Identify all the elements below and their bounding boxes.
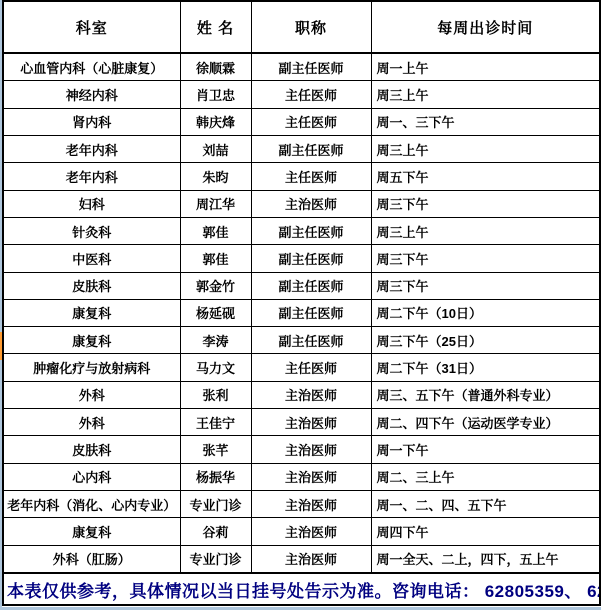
time-cell: 周二、四下午（运动医学专业） — [371, 409, 600, 436]
name-cell: 马力文 — [180, 354, 251, 381]
department-cell: 外科（肛肠） — [3, 545, 180, 573]
time-cell: 周三、五下午（普通外科专业） — [371, 381, 600, 408]
table-row: 心血管内科（心脏康复）徐顺霖副主任医师周一上午 — [3, 53, 600, 81]
name-cell: 徐顺霖 — [180, 53, 251, 81]
col-header-time: 每周出诊时间 — [371, 1, 600, 53]
name-cell: 谷莉 — [180, 518, 251, 545]
time-cell: 周三下午 — [371, 272, 600, 299]
table-row: 老年内科刘喆副主任医师周三上午 — [3, 135, 600, 162]
table-row: 康复科谷莉主治医师周四下午 — [3, 518, 600, 545]
name-cell: 张芊 — [180, 436, 251, 463]
department-cell: 肾内科 — [3, 108, 180, 135]
row-highlight-marker — [0, 332, 2, 360]
name-cell: 专业门诊 — [180, 491, 251, 518]
department-cell: 针灸科 — [3, 217, 180, 244]
name-cell: 肖卫忠 — [180, 81, 251, 108]
department-cell: 皮肤科 — [3, 436, 180, 463]
col-header-title: 职称 — [251, 1, 371, 53]
title-cell: 主任医师 — [251, 108, 371, 135]
table-row: 针灸科郭佳副主任医师周三上午 — [3, 217, 600, 244]
title-cell: 主治医师 — [251, 463, 371, 490]
schedule-table: 科室 姓 名 职称 每周出诊时间 心血管内科（心脏康复）徐顺霖副主任医师周一上午… — [2, 0, 601, 606]
table-row: 皮肤科郭金竹副主任医师周三下午 — [3, 272, 600, 299]
time-cell: 周三下午（25日） — [371, 327, 600, 354]
table-row: 康复科李涛副主任医师周三下午（25日） — [3, 327, 600, 354]
title-cell: 主治医师 — [251, 436, 371, 463]
title-cell: 主任医师 — [251, 163, 371, 190]
title-cell: 主治医师 — [251, 518, 371, 545]
department-cell: 康复科 — [3, 327, 180, 354]
name-cell: 杨延砚 — [180, 299, 251, 326]
title-cell: 主治医师 — [251, 190, 371, 217]
title-cell: 主治医师 — [251, 409, 371, 436]
title-cell: 主治医师 — [251, 491, 371, 518]
department-cell: 外科 — [3, 381, 180, 408]
time-cell: 周五下午 — [371, 163, 600, 190]
table-row: 肾内科韩庆烽主任医师周一、三下午 — [3, 108, 600, 135]
title-cell: 主治医师 — [251, 381, 371, 408]
title-cell: 副主任医师 — [251, 327, 371, 354]
time-cell: 周四下午 — [371, 518, 600, 545]
department-cell: 心内科 — [3, 463, 180, 490]
left-edge-strip — [0, 0, 2, 610]
col-header-department: 科室 — [3, 1, 180, 53]
name-cell: 郭金竹 — [180, 272, 251, 299]
col-header-name: 姓 名 — [180, 1, 251, 53]
time-cell: 周三下午 — [371, 190, 600, 217]
time-cell: 周一、三下午 — [371, 108, 600, 135]
title-cell: 主任医师 — [251, 81, 371, 108]
department-cell: 心血管内科（心脏康复） — [3, 53, 180, 81]
name-cell: 朱昀 — [180, 163, 251, 190]
table-row: 妇科周江华主治医师周三下午 — [3, 190, 600, 217]
title-cell: 主治医师 — [251, 545, 371, 573]
title-cell: 副主任医师 — [251, 272, 371, 299]
table-row: 老年内科朱昀主任医师周五下午 — [3, 163, 600, 190]
department-cell: 肿瘤化疗与放射病科 — [3, 354, 180, 381]
time-cell: 周二下午（31日） — [371, 354, 600, 381]
footer-note: 本表仅供参考，具体情况以当日挂号处告示为准。咨询电话： 62805359、 62… — [3, 573, 600, 605]
time-cell: 周一、二、四、五下午 — [371, 491, 600, 518]
header-row: 科室 姓 名 职称 每周出诊时间 — [3, 1, 600, 53]
time-cell: 周三上午 — [371, 217, 600, 244]
department-cell: 妇科 — [3, 190, 180, 217]
time-cell: 周二、三上午 — [371, 463, 600, 490]
department-cell: 神经内科 — [3, 81, 180, 108]
name-cell: 郭佳 — [180, 217, 251, 244]
table-row: 外科（肛肠）专业门诊主治医师周一全天、二上，四下，五上午 — [3, 545, 600, 573]
time-cell: 周一上午 — [371, 53, 600, 81]
table-row: 老年内科（消化、心内专业）专业门诊主治医师周一、二、四、五下午 — [3, 491, 600, 518]
title-cell: 副主任医师 — [251, 299, 371, 326]
time-cell: 周三下午 — [371, 245, 600, 272]
table-row: 康复科杨延砚副主任医师周二下午（10日） — [3, 299, 600, 326]
department-cell: 外科 — [3, 409, 180, 436]
title-cell: 主任医师 — [251, 354, 371, 381]
title-cell: 副主任医师 — [251, 245, 371, 272]
department-cell: 老年内科 — [3, 135, 180, 162]
name-cell: 王佳宁 — [180, 409, 251, 436]
table-row: 外科张利主治医师周三、五下午（普通外科专业） — [3, 381, 600, 408]
outpatient-schedule-page: 科室 姓 名 职称 每周出诊时间 心血管内科（心脏康复）徐顺霖副主任医师周一上午… — [0, 0, 601, 610]
time-cell: 周一下午 — [371, 436, 600, 463]
title-cell: 副主任医师 — [251, 217, 371, 244]
name-cell: 周江华 — [180, 190, 251, 217]
name-cell: 专业门诊 — [180, 545, 251, 573]
department-cell: 老年内科 — [3, 163, 180, 190]
time-cell: 周三上午 — [371, 81, 600, 108]
table-row: 心内科杨振华主治医师周二、三上午 — [3, 463, 600, 490]
name-cell: 郭佳 — [180, 245, 251, 272]
department-cell: 康复科 — [3, 518, 180, 545]
department-cell: 皮肤科 — [3, 272, 180, 299]
schedule-table-body: 心血管内科（心脏康复）徐顺霖副主任医师周一上午神经内科肖卫忠主任医师周三上午肾内… — [3, 53, 600, 573]
footer-row: 本表仅供参考，具体情况以当日挂号处告示为准。咨询电话： 62805359、 62… — [3, 573, 600, 605]
name-cell: 张利 — [180, 381, 251, 408]
table-row: 外科王佳宁主治医师周二、四下午（运动医学专业） — [3, 409, 600, 436]
time-cell: 周一全天、二上，四下，五上午 — [371, 545, 600, 573]
table-row: 中医科郭佳副主任医师周三下午 — [3, 245, 600, 272]
name-cell: 李涛 — [180, 327, 251, 354]
title-cell: 副主任医师 — [251, 135, 371, 162]
name-cell: 杨振华 — [180, 463, 251, 490]
department-cell: 中医科 — [3, 245, 180, 272]
table-row: 神经内科肖卫忠主任医师周三上午 — [3, 81, 600, 108]
time-cell: 周二下午（10日） — [371, 299, 600, 326]
title-cell: 副主任医师 — [251, 53, 371, 81]
department-cell: 老年内科（消化、心内专业） — [3, 491, 180, 518]
table-row: 肿瘤化疗与放射病科马力文主任医师周二下午（31日） — [3, 354, 600, 381]
department-cell: 康复科 — [3, 299, 180, 326]
name-cell: 韩庆烽 — [180, 108, 251, 135]
table-row: 皮肤科张芊主治医师周一下午 — [3, 436, 600, 463]
name-cell: 刘喆 — [180, 135, 251, 162]
time-cell: 周三上午 — [371, 135, 600, 162]
